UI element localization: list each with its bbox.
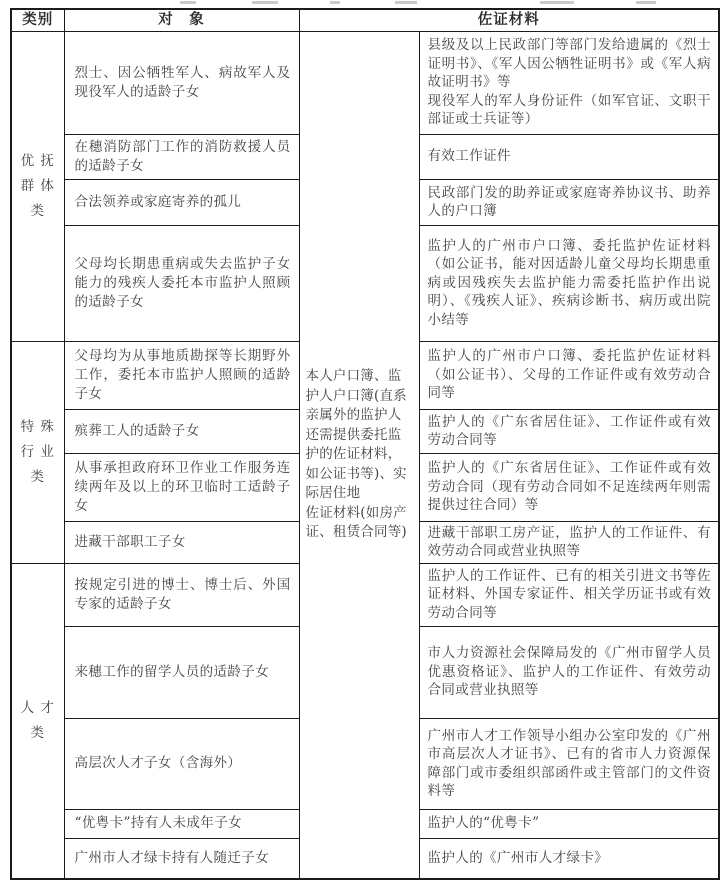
subject-cell: 广州市人才绿卡持有人随迁子女 bbox=[64, 838, 299, 879]
header-evidence: 佐证材料 bbox=[299, 9, 719, 31]
evidence-cell: 有效工作证件 bbox=[419, 134, 719, 179]
subject-cell: “优粤卡”持有人未成年子女 bbox=[64, 809, 299, 838]
subject-cell: 烈士、因公牺牲军人、病故军人及现役军人的适龄子女 bbox=[64, 31, 299, 134]
evidence-cell: 县级及以上民政部门等部门发给遗属的《烈士证明书》、《军人因公牺牲证明书》或《军人… bbox=[419, 31, 719, 134]
category-cell-preferential-care: 优 抚 群 体 类 bbox=[11, 31, 64, 341]
evidence-cell: 监护人的“优粤卡” bbox=[419, 809, 719, 838]
category-cell-special-industry: 特 殊 行 业 类 bbox=[11, 341, 64, 563]
cropped-text-artifact bbox=[395, 1, 417, 4]
evidence-cell: 监护人的广州市户口簿、委托监护佐证材料（如公证书）、父母的工作证件或有效劳动合同… bbox=[419, 341, 719, 409]
evidence-cell: 监护人的《广州市人才绿卡》 bbox=[419, 838, 719, 879]
table-row: 优 抚 群 体 类 烈士、因公牺牲军人、病故军人及现役军人的适龄子女 本人户口簿… bbox=[11, 31, 719, 134]
evidence-cell: 进藏干部职工房产证，监护人的工作证件、有效劳动合同或营业执照等 bbox=[419, 521, 719, 563]
evidence-cell: 监护人的广州市户口簿、委托监护佐证材料（如公证书，能对因适龄儿童父母均长期患重病… bbox=[419, 225, 719, 341]
header-category: 类别 bbox=[11, 9, 64, 31]
cropped-text-artifact bbox=[180, 1, 196, 4]
subject-cell: 合法领养或家庭寄养的孤儿 bbox=[64, 179, 299, 225]
evidence-cell: 广州市人才工作领导小组办公室印发的《广州市高层次人才证书》、已有的省市人力资源保… bbox=[419, 718, 719, 809]
cropped-text-artifact bbox=[252, 1, 278, 4]
evidence-cell: 市人力资源社会保障局发的《广州市留学人员优惠资格证》、监护人的工作证件、有效劳动… bbox=[419, 626, 719, 718]
evidence-cell: 监护人的《广东省居住证》、工作证件或有效劳动合同（现有劳动合同如不足连续两年则需… bbox=[419, 453, 719, 521]
subject-cell: 殡葬工人的适龄子女 bbox=[64, 409, 299, 453]
enrollment-materials-table: 类别 对 象 佐证材料 优 抚 群 体 类 烈士、因公牺牲军人、病故军人及现役军… bbox=[10, 8, 720, 880]
cropped-text-artifact bbox=[636, 1, 656, 4]
subject-cell: 从事承担政府环卫作业工作服务连续两年及以上的环卫临时工适龄子女 bbox=[64, 453, 299, 521]
table-header-row: 类别 对 象 佐证材料 bbox=[11, 9, 719, 31]
subject-cell: 来穗工作的留学人员的适龄子女 bbox=[64, 626, 299, 718]
header-subject: 对 象 bbox=[64, 9, 299, 31]
subject-cell: 父母均长期患重病或失去监护子女能力的残疾人委托本市监护人照顾的适龄子女 bbox=[64, 225, 299, 341]
subject-cell: 高层次人才子女（含海外） bbox=[64, 718, 299, 809]
evidence-cell: 监护人的工作证件、已有的相关引进文书等佐证材料、外国专家证件、相关学历证书或有效… bbox=[419, 563, 719, 626]
subject-cell: 按规定引进的博士、博士后、外国专家的适龄子女 bbox=[64, 563, 299, 626]
category-cell-talent: 人 才 类 bbox=[11, 563, 64, 879]
subject-cell: 父母均为从事地质勘探等长期野外工作，委托本市监护人照顾的适龄子女 bbox=[64, 341, 299, 409]
common-materials-cell: 本人户口簿、监护人户口簿(直系亲属外的监护人还需提供委托监护的佐证材料，如公证书… bbox=[299, 31, 419, 879]
subject-cell: 进藏干部职工子女 bbox=[64, 521, 299, 563]
evidence-cell: 监护人的《广东省居住证》、工作证件或有效劳动合同等 bbox=[419, 409, 719, 453]
cropped-text-artifact bbox=[540, 1, 574, 4]
evidence-cell: 民政部门发的助养证或家庭寄养协议书、助养人的户口簿 bbox=[419, 179, 719, 225]
subject-cell: 在穗消防部门工作的消防救援人员的适龄子女 bbox=[64, 134, 299, 179]
cropped-text-artifact bbox=[330, 1, 340, 4]
document-page: 类别 对 象 佐证材料 优 抚 群 体 类 烈士、因公牺牲军人、病故军人及现役军… bbox=[0, 0, 727, 889]
